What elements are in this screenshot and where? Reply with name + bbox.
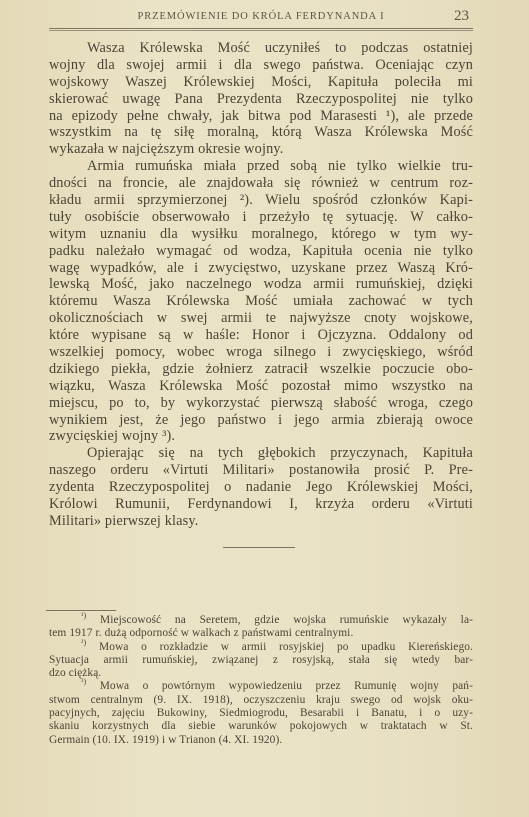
text-line: Armia rumuńska miała przed sobą nie tylk… bbox=[49, 158, 473, 175]
text-line: wszelkiej pomocy, wobec wroga silnego i … bbox=[49, 344, 473, 361]
footnote-text: Miejscowość na Seretem, gdzie wojska rum… bbox=[100, 614, 473, 626]
text-line: witym uznaniu dla wysiłku moralnego, któ… bbox=[49, 226, 473, 243]
book-page: PRZEMÓWIENIE DO KRÓLA FERDYNANDA I 23 Wa… bbox=[0, 0, 529, 817]
running-head: PRZEMÓWIENIE DO KRÓLA FERDYNANDA I 23 bbox=[49, 8, 473, 24]
text-line: któremu Wasza Królewska Mość umiała zach… bbox=[49, 293, 473, 310]
section-divider bbox=[223, 547, 295, 548]
page-number: 23 bbox=[454, 8, 469, 25]
text-line: okolicznościach w swej armii te najwyższ… bbox=[49, 310, 473, 327]
text-line: wszystkim na tę siłę moralną, którą Wasz… bbox=[49, 124, 473, 141]
text-line: które wypisane są w haśle: Honor i Ojczy… bbox=[49, 327, 473, 344]
body-text: Wasza Królewska Mość uczyniłeś to podcza… bbox=[49, 40, 473, 530]
text-line: miejscu, po to, by wykorzystać pierwszą … bbox=[49, 395, 473, 412]
footnote-text: Mowa o powtórnym wypowiedzeniu przez Rum… bbox=[100, 680, 473, 692]
text-line: zydenta Rzeczypospolitej o nadanie Jego … bbox=[49, 479, 473, 496]
footnote-marker: ³) bbox=[81, 677, 86, 686]
footnote-line: ³) Mowa o powtórnym wypowiedzeniu przez … bbox=[49, 680, 473, 693]
text-line: dzikiego piekła, gdzie żołnierz zatracił… bbox=[49, 361, 473, 378]
text-line: dności na froncie, ale znajdowała się ró… bbox=[49, 175, 473, 192]
header-rule-secondary bbox=[49, 30, 473, 31]
running-title: PRZEMÓWIENIE DO KRÓLA FERDYNANDA I bbox=[49, 11, 473, 22]
text-line: Opierając się na tych głębokich przyczyn… bbox=[49, 445, 473, 462]
footnote-marker: ¹) bbox=[81, 611, 86, 620]
footnote-text: Mowa o rozkładzie w armii rosyjskiej po … bbox=[99, 641, 473, 653]
text-line: wiązku, Wasza Królewska Mość pozostał mi… bbox=[49, 378, 473, 395]
text-line: wykazała w najcięższym okresie wojny. bbox=[49, 141, 473, 158]
footnotes: ¹) Miejscowość na Seretem, gdzie wojska … bbox=[49, 614, 473, 747]
text-line: wagę wypadków, ale i zwycięstwo, uzyskan… bbox=[49, 260, 473, 277]
text-line: Militari» pierwszej klasy. bbox=[49, 513, 473, 530]
footnote-line: dzo ciężką. bbox=[49, 667, 473, 680]
footnote-line: Sytuacja armii rumuńskiej, związanej z r… bbox=[49, 654, 473, 667]
text-line: padku należało wymagać od wodza, Kapituł… bbox=[49, 243, 473, 260]
text-line: naszego orderu «Virtuti Militari» postan… bbox=[49, 462, 473, 479]
text-line: wojskowy Waszej Królewskiej Mości, Kapit… bbox=[49, 74, 473, 91]
footnote-marker: ²) bbox=[81, 638, 86, 647]
text-line: kładu armii sprzymierzonej ²). Wielu spo… bbox=[49, 192, 473, 209]
text-line: Królowi Rumunii, Ferdynandowi I, krzyża … bbox=[49, 496, 473, 513]
text-line: wojny dla swojej armii i dla swego państ… bbox=[49, 57, 473, 74]
footnote-line: skaniu korzystnych dla siebie warunków p… bbox=[49, 720, 473, 733]
footnote-line: stwom centralnym (9. IX. 1918), oczyszcz… bbox=[49, 694, 473, 707]
footnote-line: Germain (10. IX. 1919) i w Trianon (4. X… bbox=[49, 734, 473, 747]
footnote-line: ¹) Miejscowość na Seretem, gdzie wojska … bbox=[49, 614, 473, 627]
footnote-line: tem 1917 r. dużą odporność w walkach z p… bbox=[49, 627, 473, 640]
text-line: Wasza Królewska Mość uczyniłeś to podcza… bbox=[49, 40, 473, 57]
text-line: lewską Mość, jako naczelnego wodza armii… bbox=[49, 276, 473, 293]
footnote-line: ²) Mowa o rozkładzie w armii rosyjskiej … bbox=[49, 641, 473, 654]
text-line: na epizody pełne chwały, jak bitwa pod M… bbox=[49, 108, 473, 125]
text-line: zwycięskiej wojny ³). bbox=[49, 428, 473, 445]
footnote-line: pacyjnych, zajęciu Bukowiny, Siedmiogrod… bbox=[49, 707, 473, 720]
text-line: wynikiem jest, że jego państwo i jego ar… bbox=[49, 412, 473, 429]
header-rule bbox=[49, 28, 473, 29]
text-line: tuły osobiście obserwowało i przeżyło tę… bbox=[49, 209, 473, 226]
text-line: skierować uwagę Pana Prezydenta Rzeczypo… bbox=[49, 91, 473, 108]
